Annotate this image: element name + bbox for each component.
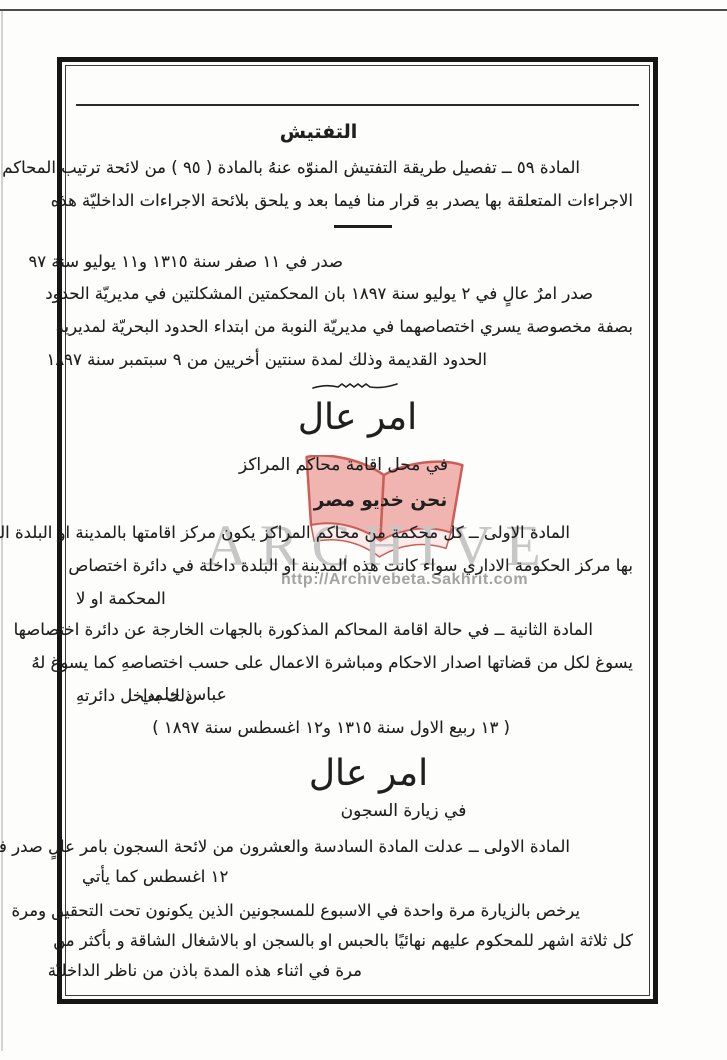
inspection-paragraph: المادة ٥٩ ــ تفصيل طريقة التفتيش المنوّه… xyxy=(76,151,633,217)
text-line: صدر في ١١ صفر سنة ١٣١٥ و١١ يوليو سنة ٩٧ xyxy=(76,245,633,278)
section-divider-line xyxy=(334,225,392,228)
text-line: مرة في اثناء هذه المدة باذن من ناظر الدا… xyxy=(76,956,633,986)
decree-courts-article1: المادة الاولى ــ كل محكمة من محاكم المرا… xyxy=(76,516,633,615)
text-line: الاجراءات المتعلقة بها يصدر بهِ قرار منا… xyxy=(76,184,633,217)
issuance-dateline: صدر في ١١ صفر سنة ١٣١٥ و١١ يوليو سنة ٩٧ xyxy=(76,245,633,278)
text-line: المادة ٥٩ ــ تفصيل طريقة التفتيش المنوّه… xyxy=(76,151,633,184)
text-line: الحدود القديمة وذلك لمدة سنتين أخريين من… xyxy=(76,343,633,376)
text-line: يسوغ لكل من قضاتها اصدار الاحكام ومباشرة… xyxy=(76,646,633,679)
decree-prisons-heading: امر عال xyxy=(73,748,664,800)
decree-courts-dateline: ( ١٣ ربيع الاول سنة ١٣١٥ و١٢ اغسطس سنة ١… xyxy=(76,711,633,744)
document-border-frame: التفتيش المادة ٥٩ ــ تفصيل طريقة التفتيش… xyxy=(57,57,658,1004)
ornament-divider xyxy=(312,378,398,390)
inspection-heading: التفتيش xyxy=(62,119,575,145)
decree-courts-heading: امر عال xyxy=(62,392,653,444)
khedive-salutation: نحن خديو مصر xyxy=(85,488,676,514)
decree-prisons-article1: المادة الاولى ــ عدلت المادة السادسة وال… xyxy=(76,832,633,892)
text-line: ( ١٣ ربيع الاول سنة ١٣١٥ و١٢ اغسطس سنة ١… xyxy=(76,711,633,744)
decree-courts-subtitle: في محل اقامة محاكم المراكز xyxy=(48,453,639,477)
text-line: كل ثلاثة اشهر للمحكوم عليهم نهائيًا بالح… xyxy=(76,926,633,956)
text-line: المادة الثانية ــ في حالة اقامة المحاكم … xyxy=(76,613,633,646)
text-line: المادة الاولى ــ عدلت المادة السادسة وال… xyxy=(76,832,633,862)
decree-prisons-subtitle: في زيارة السجون xyxy=(108,799,699,823)
text-line: ١٢ اغسطس كما يأتي xyxy=(76,862,633,892)
scan-top-edge-line xyxy=(0,9,727,11)
text-line: يرخص بالزيارة مرة واحدة في الاسبوع للمسج… xyxy=(76,896,633,926)
text-line: المحكمة او لا xyxy=(76,582,633,615)
issuance-paragraph: صدر امرٌ عالٍ في ٢ يوليو سنة ١٨٩٧ بان ال… xyxy=(76,277,633,376)
khedive-signature: عباس حلمي xyxy=(140,679,227,712)
text-line: بها مركز الحكومة الاداري سواء كانت هذه ا… xyxy=(76,549,633,582)
text-line: المادة الاولى ــ كل محكمة من محاكم المرا… xyxy=(76,516,633,549)
decree-prisons-body: يرخص بالزيارة مرة واحدة في الاسبوع للمسج… xyxy=(76,896,633,986)
text-line: بصفة مخصوصة يسري اختصاصهما في مديريّة ال… xyxy=(76,310,633,343)
scanned-page: ARCHIVE http://Archivebeta.Sakhrit.com ا… xyxy=(0,0,727,1060)
header-rule xyxy=(76,104,639,106)
text-line: صدر امرٌ عالٍ في ٢ يوليو سنة ١٨٩٧ بان ال… xyxy=(76,277,633,310)
decree-courts-article2: المادة الثانية ــ في حالة اقامة المحاكم … xyxy=(76,613,633,712)
